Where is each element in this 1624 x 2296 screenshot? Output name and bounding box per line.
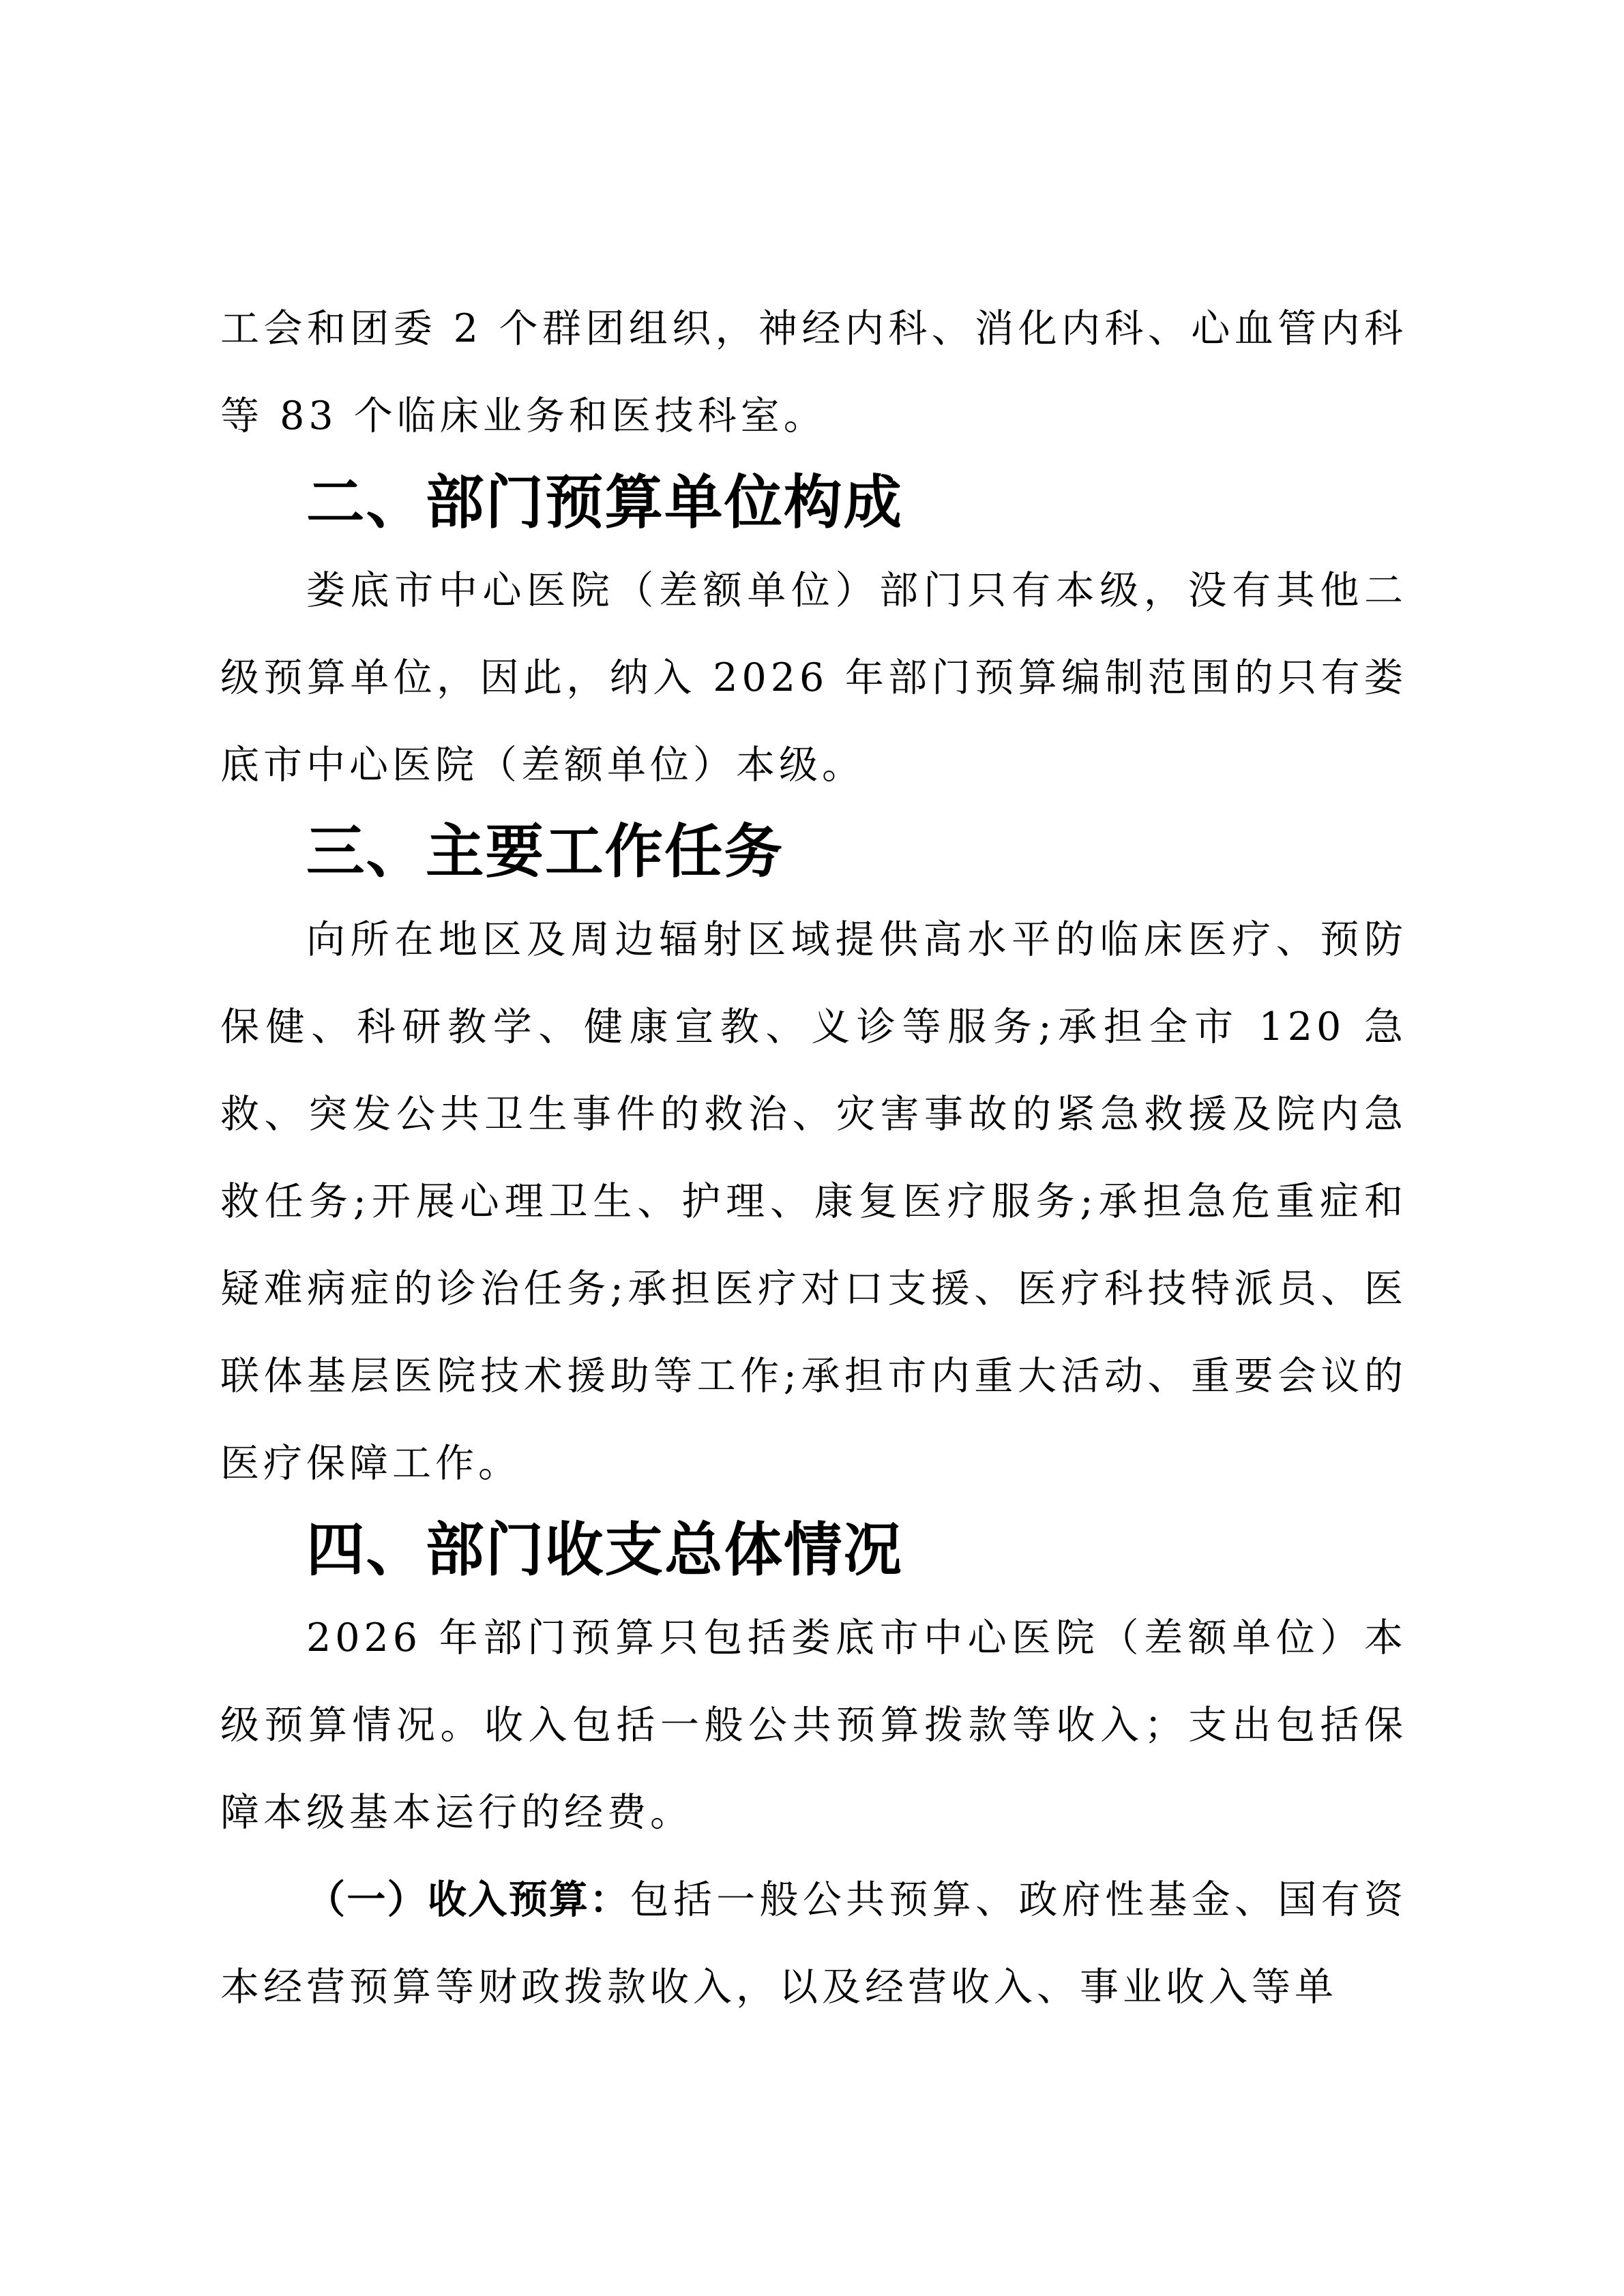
- section-heading-budget-units: 二、部门预算单位构成: [220, 460, 1407, 547]
- paragraph-budget-units: 娄底市中心医院（差额单位）部门只有本级，没有其他二级预算单位，因此，纳入 202…: [220, 547, 1407, 809]
- section-heading-main-tasks: 三、主要工作任务: [220, 809, 1407, 896]
- paragraph-overall-revenue-expenditure: 2026 年部门预算只包括娄底市中心医院（差额单位）本级预算情况。收入包括一般公…: [220, 1594, 1407, 1856]
- paragraph-continuation: 工会和团委 2 个群团组织，神经内科、消化内科、心血管内科等 83 个临床业务和…: [220, 285, 1407, 460]
- paragraph-main-tasks: 向所在地区及周边辐射区域提供高水平的临床医疗、预防保健、科研教学、健康宣教、义诊…: [220, 896, 1407, 1507]
- section-heading-overall-revenue-expenditure: 四、部门收支总体情况: [220, 1507, 1407, 1594]
- document-page: 工会和团委 2 个群团组织，神经内科、消化内科、心血管内科等 83 个临床业务和…: [220, 285, 1407, 2031]
- paragraph-revenue-budget: （一）收入预算：包括一般公共预算、政府性基金、国有资本经营预算等财政拨款收入，以…: [220, 1856, 1407, 2031]
- revenue-budget-label: （一）收入预算：: [306, 1877, 630, 1922]
